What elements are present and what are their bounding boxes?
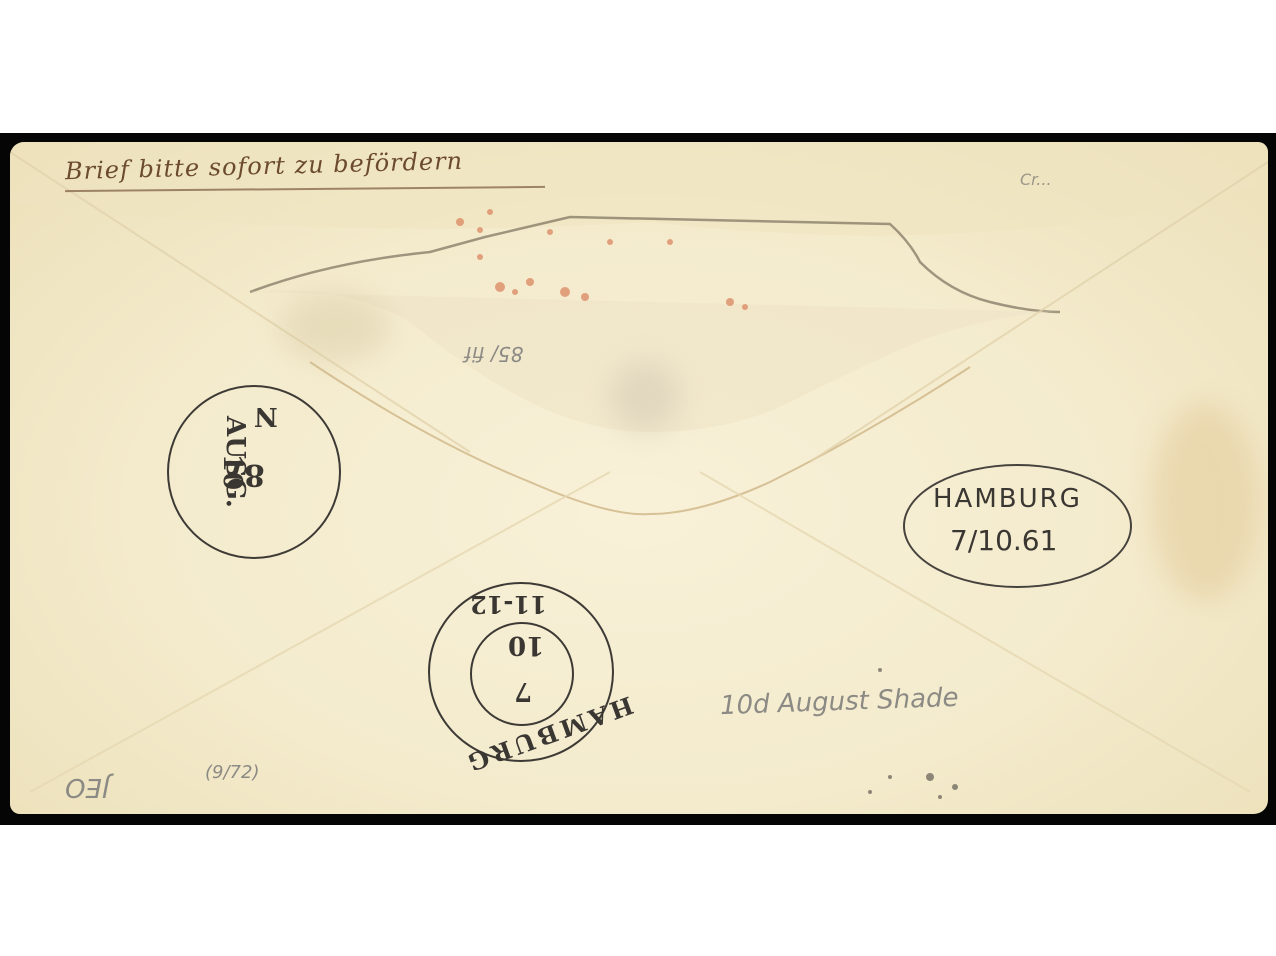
postmark-text: 10	[508, 630, 544, 660]
envelope-back: Brief bitte sofort zu befördern Cr... 85…	[10, 142, 1268, 814]
stain	[280, 292, 390, 362]
postmark-time: 11-12	[470, 590, 547, 619]
postmark-date: 7/10.61	[950, 524, 1057, 557]
pencil-reference: (9/72)	[205, 762, 259, 783]
pencil-note-center: 85/ fif	[465, 342, 524, 366]
postmark-hamburg-double-circle: 10 7 11-12 HAMBURG	[428, 582, 614, 762]
postmark-text: N	[254, 401, 278, 431]
postmark-hamburg-oval: HAMBURG 7/10.61	[903, 464, 1132, 588]
postmark-text: 8	[244, 457, 265, 492]
postmark-town: HAMBURG	[933, 484, 1082, 514]
postmark-text: 7	[514, 676, 532, 706]
pencil-initials: JEO	[65, 772, 110, 802]
postmark-ausg: AUSG. N 8 10	[167, 385, 341, 559]
faint-note: Cr...	[1020, 170, 1052, 189]
stain	[1150, 402, 1260, 602]
faint-seal-impression	[610, 362, 680, 432]
postmark-inner-ring: 10 7	[470, 622, 574, 726]
postmark-text: 10	[217, 454, 247, 490]
